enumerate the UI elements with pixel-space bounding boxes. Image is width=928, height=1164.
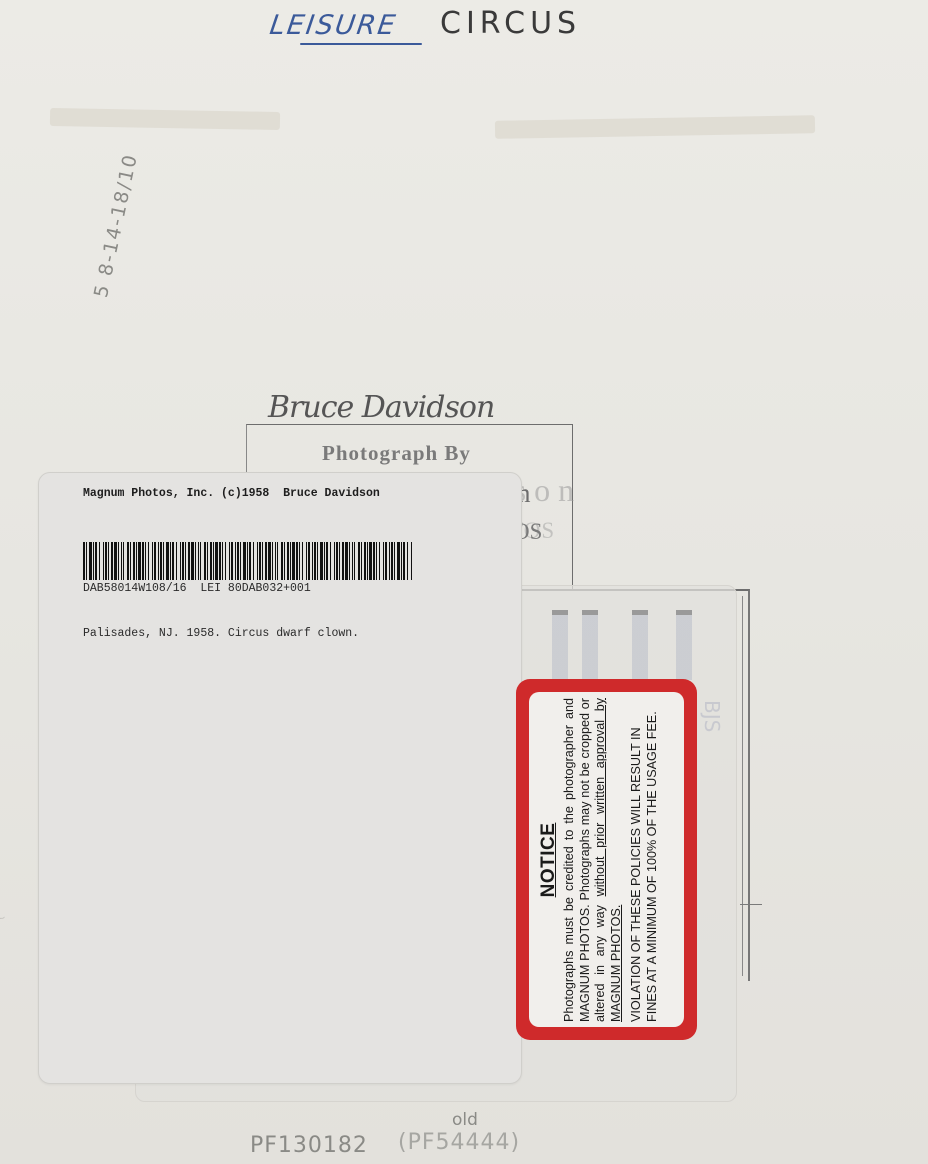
notice-body: Photographs must be credited to the phot…: [562, 698, 624, 1022]
photographer-signature: Bruce Davidson: [268, 390, 494, 425]
photo-caption: Palisades, NJ. 1958. Circus dwarf clown.: [83, 627, 359, 640]
old-pf-number-handwriting: (PF54444): [398, 1130, 520, 1155]
credit-line: Magnum Photos, Inc. (c)1958 Bruce Davids…: [83, 487, 380, 500]
tape-remnant: [50, 108, 280, 130]
notice-sticker: NOTICE Photographs must be credited to t…: [516, 679, 697, 1040]
notice-warning: VIOLATION OF THESE POLICIES WILL RESULT …: [629, 698, 660, 1022]
notice-title: NOTICE: [538, 694, 560, 1026]
pencil-date-note: 5 8-14-18/10: [90, 151, 142, 299]
tape-remnant: [495, 115, 815, 139]
stamp-photograph-by: Photograph By: [322, 441, 471, 466]
faint-pencil-scribble: BJS: [700, 700, 724, 732]
stamp-strip-marks: [552, 610, 702, 680]
old-label-handwriting: old: [452, 1110, 478, 1130]
pf-number-handwriting: PF130182: [250, 1133, 368, 1158]
edge-pencil-mark: ~: [0, 900, 39, 947]
barcode: [83, 542, 413, 580]
category-underline: [300, 43, 422, 45]
barcode-id: DAB58014W108/16 LEI 80DAB032+001: [83, 582, 311, 595]
print-border-line: [742, 596, 743, 976]
subject-handwriting: CIRCUS: [440, 6, 581, 41]
crop-mark: [740, 904, 762, 905]
category-handwriting: LEISURE: [268, 10, 399, 41]
